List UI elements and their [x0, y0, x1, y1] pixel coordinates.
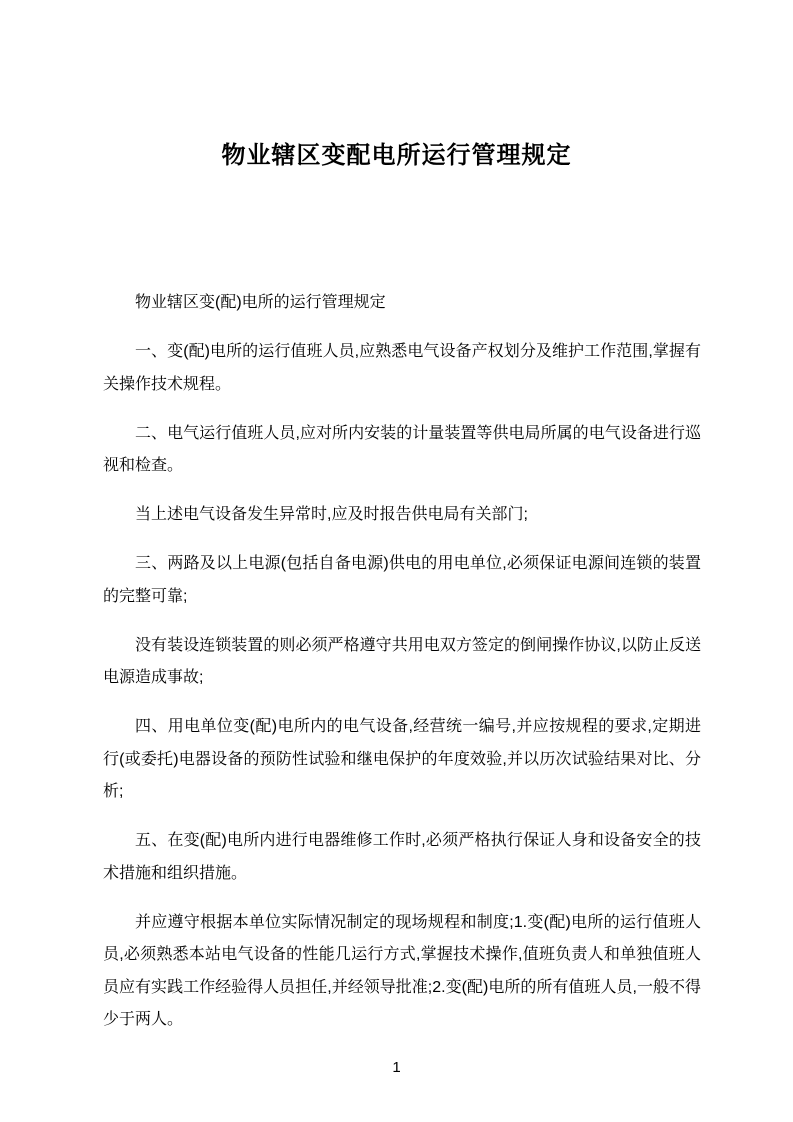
document-page: 物业辖区变配电所运行管理规定 物业辖区变(配)电所的运行管理规定 一、变(配)电…: [0, 0, 793, 1122]
paragraph-item-3: 三、两路及以上电源(包括自备电源)供电的用电单位,必须保证电源间连锁的装置的完整…: [103, 548, 701, 613]
document-body: 物业辖区变(配)电所的运行管理规定 一、变(配)电所的运行值班人员,应熟悉电气设…: [103, 287, 701, 1053]
paragraph-item-1: 一、变(配)电所的运行值班人员,应熟悉电气设备产权划分及维护工作范围,掌握有关操…: [103, 336, 701, 401]
paragraph-note-rules: 并应遵守根据本单位实际情况制定的现场规程和制度;1.变(配)电所的运行值班人员,…: [103, 907, 701, 1037]
paragraph-item-5: 五、在变(配)电所内进行电器维修工作时,必须严格执行保证人身和设备安全的技术措施…: [103, 825, 701, 890]
paragraph-subtitle: 物业辖区变(配)电所的运行管理规定: [103, 287, 701, 320]
page-number: 1: [0, 1059, 793, 1076]
document-title: 物业辖区变配电所运行管理规定: [0, 140, 793, 172]
paragraph-item-4: 四、用电单位变(配)电所内的电气设备,经营统一编号,并应按规程的要求,定期进行(…: [103, 711, 701, 809]
paragraph-note-interlock: 没有装设连锁装置的则必须严格遵守共用电双方签定的倒闸操作协议,以防止反送电源造成…: [103, 630, 701, 695]
paragraph-item-2: 二、电气运行值班人员,应对所内安装的计量装置等供电局所属的电气设备进行巡视和检查…: [103, 418, 701, 483]
paragraph-note-report: 当上述电气设备发生异常时,应及时报告供电局有关部门;: [103, 499, 701, 532]
